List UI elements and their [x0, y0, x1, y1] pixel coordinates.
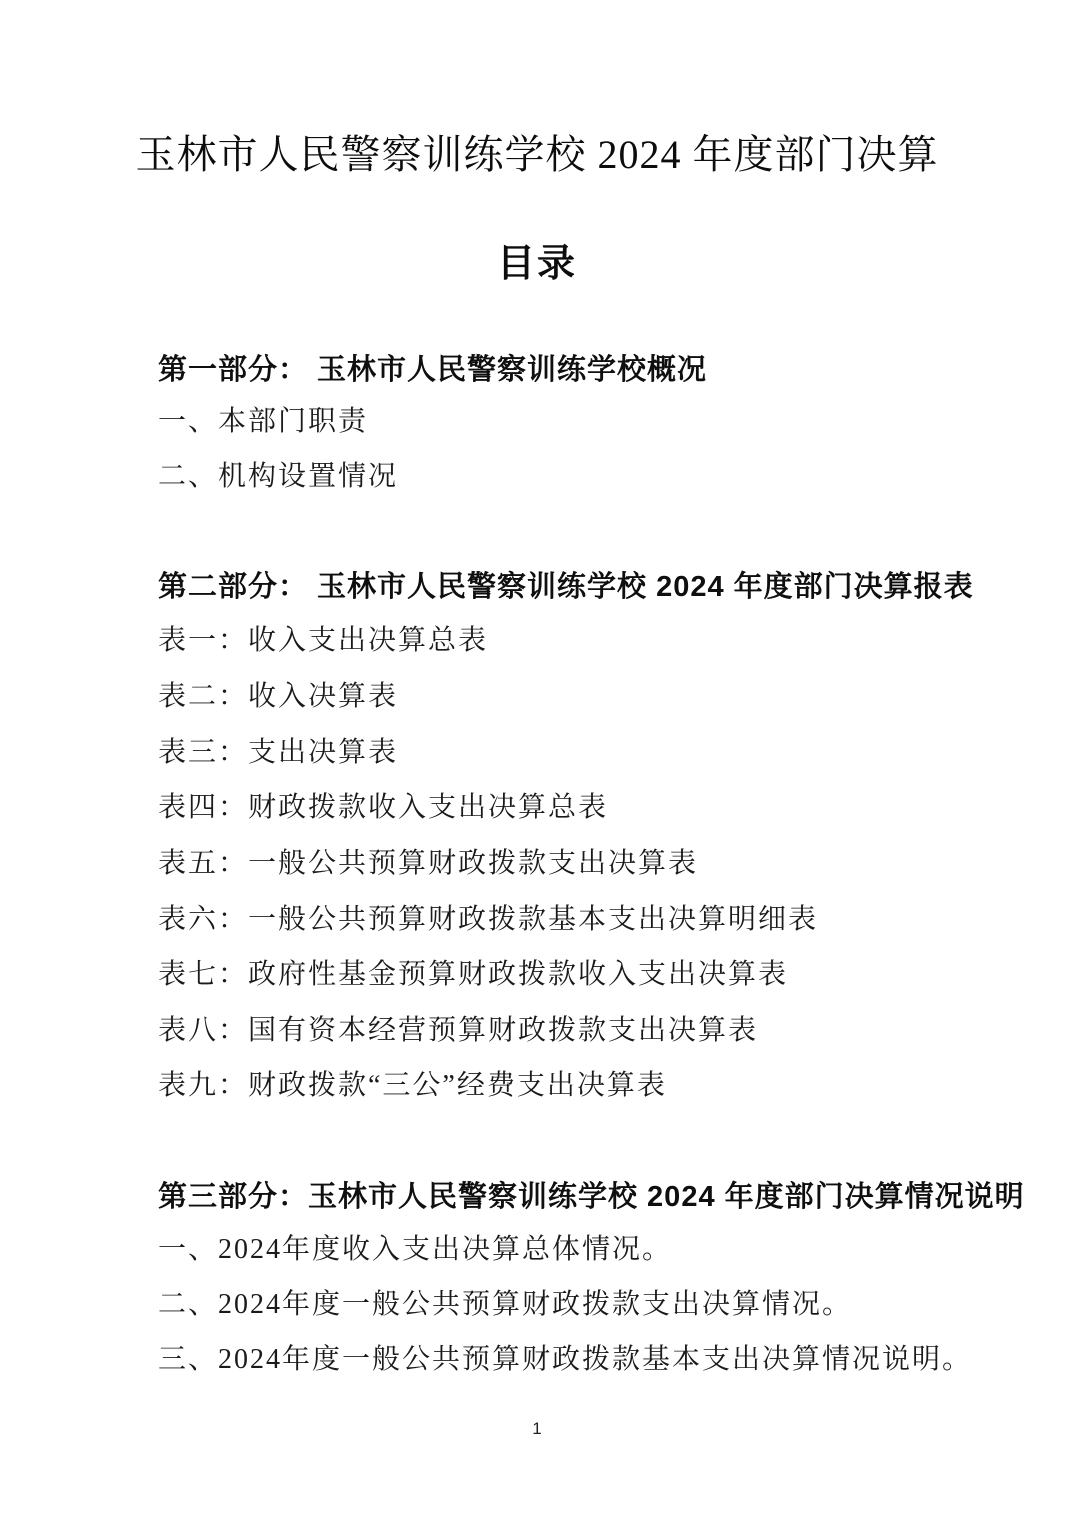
- section-1-heading: 第一部分： 玉林市人民警察训练学校概况: [158, 356, 707, 385]
- section-2-item-table-1: 表一：收入支出决算总表: [158, 627, 488, 655]
- page-number: 1: [0, 1420, 1074, 1437]
- section-3-item-basic-expenditure-explanation: 三、2024年度一般公共预算财政拨款基本支出决算情况说明。: [158, 1346, 972, 1374]
- section-1-item-organization-setup: 二、机构设置情况: [158, 463, 398, 491]
- section-2-heading: 第二部分： 玉林市人民警察训练学校 2024 年度部门决算报表: [158, 573, 974, 602]
- section-2-item-table-6: 表六：一般公共预算财政拨款基本支出决算明细表: [158, 906, 818, 934]
- section-3-heading: 第三部分：玉林市人民警察训练学校 2024 年度部门决算情况说明: [158, 1183, 1025, 1212]
- section-2-item-table-2: 表二：收入决算表: [158, 683, 398, 711]
- toc-heading: 目录: [0, 245, 1074, 283]
- section-2-item-table-4: 表四：财政拨款收入支出决算总表: [158, 794, 608, 822]
- section-2-item-table-8: 表八：国有资本经营预算财政拨款支出决算表: [158, 1017, 758, 1045]
- section-2-item-table-3: 表三：支出决算表: [158, 739, 398, 767]
- section-3-item-overall-situation: 一、2024年度收入支出决算总体情况。: [158, 1236, 672, 1264]
- document-page: 玉林市人民警察训练学校 2024 年度部门决算 目录 第一部分： 玉林市人民警察…: [0, 0, 1074, 1520]
- section-3-item-general-budget-expenditure: 二、2024年度一般公共预算财政拨款支出决算情况。: [158, 1291, 852, 1319]
- section-2-item-table-7: 表七：政府性基金预算财政拨款收入支出决算表: [158, 961, 788, 989]
- section-2-item-table-9: 表九：财政拨款“三公”经费支出决算表: [158, 1072, 667, 1100]
- section-1-item-department-duties: 一、本部门职责: [158, 408, 368, 436]
- section-2-item-table-5: 表五：一般公共预算财政拨款支出决算表: [158, 850, 698, 878]
- document-title: 玉林市人民警察训练学校 2024 年度部门决算: [0, 135, 1074, 175]
